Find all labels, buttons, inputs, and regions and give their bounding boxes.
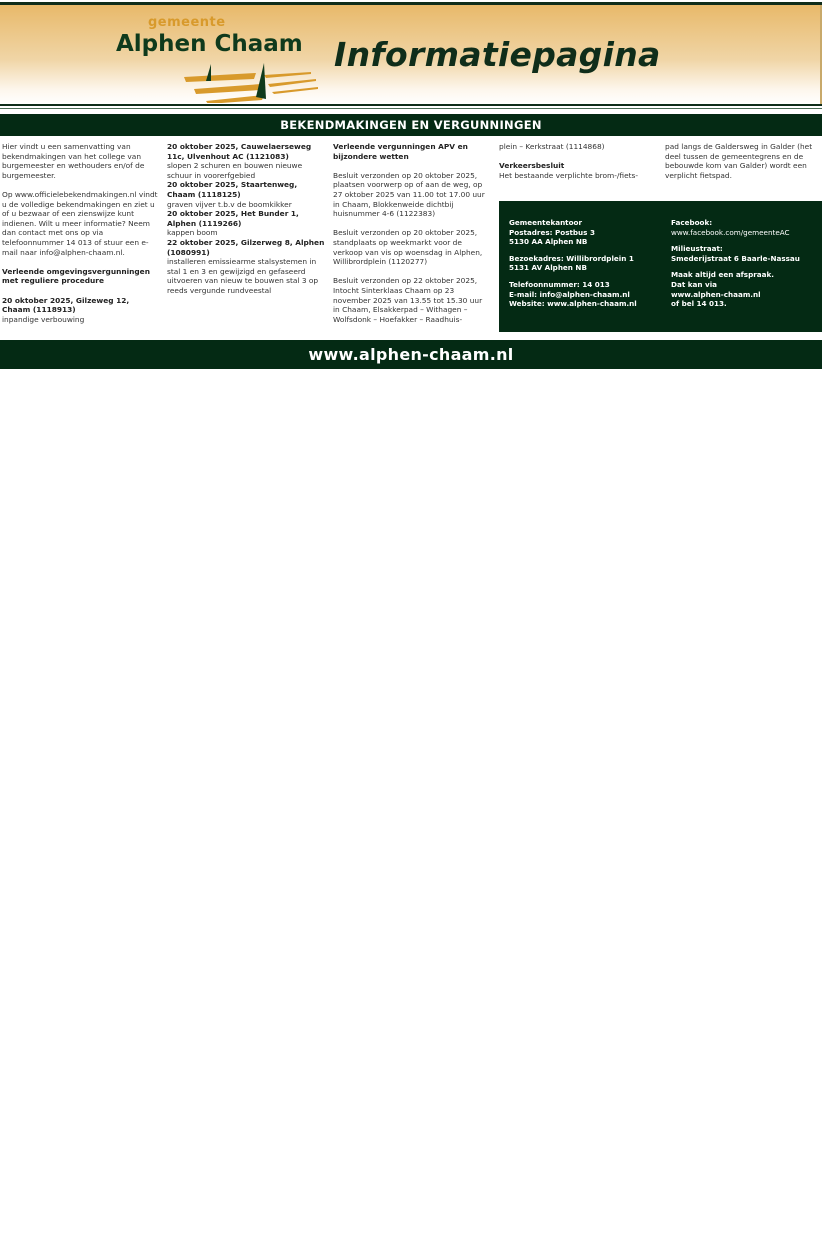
- permit-description: kappen boom: [167, 228, 325, 238]
- appointment-text: Maak altijd een afspraak.: [671, 270, 774, 279]
- facebook-label: Facebook:: [671, 218, 712, 227]
- column-2: 20 oktober 2025, Cauwelaerseweg 11c, Ulv…: [167, 142, 325, 296]
- permit-description: graven vijver t.b.v de boomkikker: [167, 200, 325, 210]
- website-link[interactable]: Website: www.alphen-chaam.nl: [509, 299, 637, 308]
- column-5: pad langs de Galdersweg in Galder (het d…: [665, 142, 822, 190]
- contact-right: Facebook: www.facebook.com/gemeenteAC Mi…: [671, 218, 821, 316]
- logo-gemeente-text: gemeente: [148, 15, 226, 30]
- permit-title: 20 oktober 2025, Staartenweg, Chaam (111…: [167, 180, 325, 199]
- postal-city: 5130 AA Alphen NB: [509, 237, 587, 246]
- permit-description: installeren emissiearme stalsystemen in …: [167, 257, 325, 295]
- appointment-website-link[interactable]: www.alphen-chaam.nl: [671, 290, 761, 299]
- office-label: Gemeentekantoor: [509, 218, 582, 227]
- column-1: Hier vindt u een samenvatting van bekend…: [2, 142, 160, 334]
- visit-address: Bezoekadres: Willibrordplein 1: [509, 254, 634, 263]
- logo-stripes-icon: [176, 59, 326, 103]
- permit-title: 20 oktober 2025, Gilzeweg 12, Chaam (111…: [2, 296, 160, 315]
- section-heading-verkeersbesluit: Verkeersbesluit: [499, 161, 657, 171]
- visit-city: 5131 AV Alphen NB: [509, 263, 587, 272]
- facebook-link[interactable]: www.facebook.com/gemeenteAC: [671, 228, 790, 237]
- column-3: Verleende vergunningen APV en bijzondere…: [333, 142, 491, 334]
- permit-title: 20 oktober 2025, Het Bunder 1, Alphen (1…: [167, 209, 325, 228]
- permit-title: 20 oktober 2025, Cauwelaerseweg 11c, Ulv…: [167, 142, 325, 161]
- municipality-logo[interactable]: gemeente Alphen Chaam: [116, 13, 326, 105]
- decision-text: Besluit verzonden op 22 oktober 2025, In…: [333, 276, 491, 324]
- contact-left: Gemeentekantoor Postadres: Postbus 3 513…: [509, 218, 664, 316]
- permit-description: inpandige verbouwing: [2, 315, 160, 325]
- appointment-phone: of bel 14 013.: [671, 299, 727, 308]
- postal-address: Postadres: Postbus 3: [509, 228, 595, 237]
- permit-title: 22 oktober 2025, Gilzerweg 8, Alphen (10…: [167, 238, 325, 257]
- header-banner: gemeente Alphen Chaam Informatiepagina: [0, 2, 822, 106]
- logo-name-text: Alphen Chaam: [116, 31, 303, 57]
- milieustraat-label: Milieustraat:: [671, 244, 723, 253]
- decision-text: Besluit verzonden op 20 oktober 2025, pl…: [333, 171, 491, 219]
- decision-text: Besluit verzonden op 20 oktober 2025, st…: [333, 228, 491, 266]
- info-text: Op www.officielebekendmakingen.nl vindt …: [2, 190, 160, 257]
- section-title-bar: BEKENDMAKINGEN EN VERGUNNINGEN: [0, 114, 822, 136]
- traffic-decision-continuation: pad langs de Galdersweg in Galder (het d…: [665, 142, 822, 180]
- appointment-text: Dat kan via: [671, 280, 717, 289]
- footer-website-link[interactable]: www.alphen-chaam.nl: [0, 340, 822, 369]
- email-link[interactable]: E-mail: info@alphen-chaam.nl: [509, 290, 630, 299]
- column-4: plein – Kerkstraat (1114868) Verkeersbes…: [499, 142, 657, 190]
- permit-description: slopen 2 schuren en bouwen nieuwe schuur…: [167, 161, 325, 180]
- phone-number[interactable]: Telefoonnummer: 14 013: [509, 280, 610, 289]
- intro-text: Hier vindt u een samenvatting van bekend…: [2, 142, 160, 180]
- section-heading-apv: Verleende vergunningen APV en bijzondere…: [333, 142, 491, 161]
- traffic-decision-text: Het bestaande verplichte brom-/fiets-: [499, 171, 657, 181]
- contact-info-box: Gemeentekantoor Postadres: Postbus 3 513…: [499, 201, 822, 332]
- milieustraat-address: Smederijstraat 6 Baarle-Nassau: [671, 254, 800, 263]
- section-heading-omgevingsvergunningen: Verleende omgevingsvergunningen met regu…: [2, 267, 160, 286]
- page-title: Informatiepagina: [334, 35, 661, 74]
- decision-continuation: plein – Kerkstraat (1114868): [499, 142, 657, 152]
